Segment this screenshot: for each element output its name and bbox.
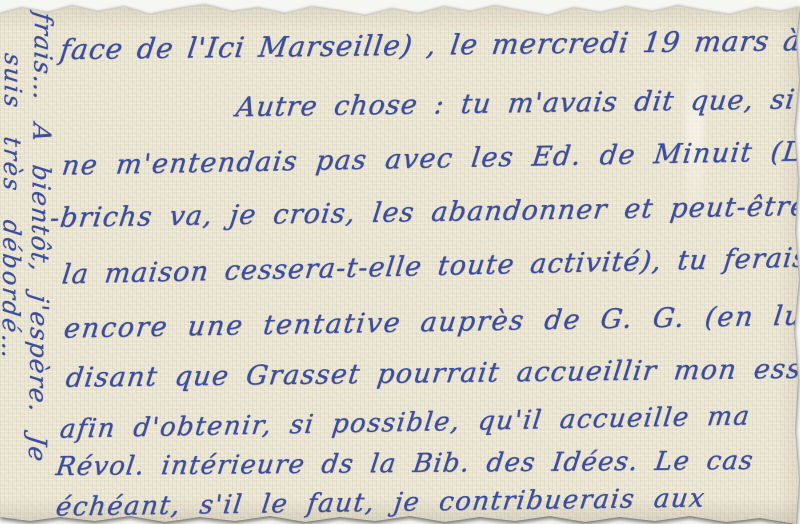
handwritten-line-5: la maison cessera-t-elle toute activité)… (60, 242, 800, 290)
handwritten-line-6: encore une tentative auprès de G. G. (en… (62, 300, 800, 344)
handwritten-line-7: disant que Grasset pourrait accueillir m… (64, 353, 800, 394)
handwritten-line-2: Autre chose : tu m'avais dit que, si je (234, 84, 800, 123)
margin-annotation-outer: suis très débordé… (0, 52, 27, 362)
handwritten-line-9: Révol. intérieure ds la Bib. des Idées. … (54, 446, 756, 482)
scanned-letter: face de l'Ici Marseille) , le mercredi 1… (0, 0, 800, 524)
margin-annotation-inner: frais… A bientôt, j'espère. Je (23, 11, 58, 465)
handwritten-line-10: échéant, s'il le faut, je contribuerais … (54, 483, 707, 522)
card-shadow: face de l'Ici Marseille) , le mercredi 1… (0, 0, 800, 524)
handwritten-line-8: afin d'obtenir, si possible, qu'il accue… (58, 401, 752, 444)
letter-card: face de l'Ici Marseille) , le mercredi 1… (0, 0, 800, 524)
